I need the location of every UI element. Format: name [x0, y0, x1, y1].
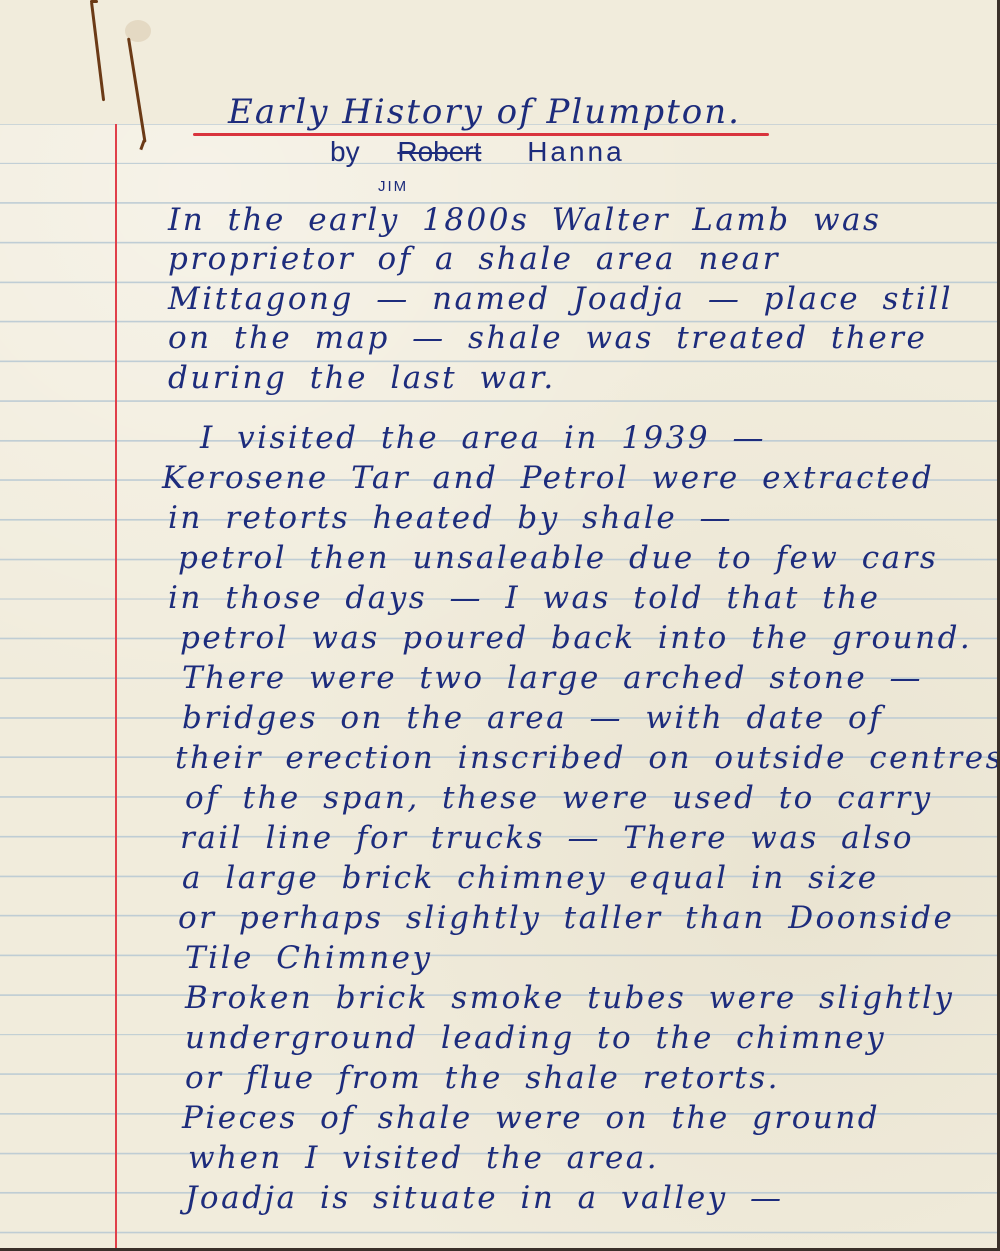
text-line: There were two large arched stone — — [182, 660, 923, 696]
text-line: Joadja is situate in a valley — — [185, 1180, 784, 1216]
author-surname: Hanna — [527, 136, 625, 167]
byline: by Robert Hanna — [330, 136, 625, 168]
name-correction: JIM — [378, 178, 408, 195]
struck-first-name: Robert — [397, 136, 481, 167]
text-line: in retorts heated by shale — — [168, 500, 733, 536]
text-line: of the span, these were used to carry — [185, 780, 933, 816]
text-line: on the map — shale was treated there — [168, 320, 927, 356]
text-line: Tile Chimney — [185, 940, 433, 976]
text-line: petrol was poured back into the ground. — [180, 620, 972, 656]
document-title: Early History of Plumpton. — [228, 92, 741, 132]
text-line: Mittagong — named Joadja — place still — [168, 281, 953, 317]
text-line: Kerosene Tar and Petrol were extracted — [162, 460, 934, 496]
text-line: I visited the area in 1939 — — [200, 420, 766, 456]
text-line: in those days — I was told that the — [168, 580, 880, 616]
text-line: Broken brick smoke tubes were slightly — [185, 980, 954, 1016]
text-line: Pieces of shale were on the ground — [182, 1100, 880, 1136]
text-line: proprietor of a shale area near — [168, 241, 780, 277]
text-line: or perhaps slightly taller than Doonside — [178, 900, 954, 936]
text-line: during the last war. — [168, 360, 556, 396]
text-line: In the early 1800s Walter Lamb was — [168, 202, 881, 238]
red-margin-line — [115, 124, 117, 1248]
text-line: or flue from the shale retorts. — [185, 1060, 780, 1096]
text-line: their erection inscribed on outside cent… — [175, 740, 997, 776]
byline-by: by — [330, 136, 360, 167]
text-line: rail line for trucks — There was also — [180, 820, 914, 856]
text-line: when I visited the area. — [188, 1140, 659, 1176]
handwritten-page: Early History of Plumpton. by Robert Han… — [0, 0, 997, 1248]
text-line: bridges on the area — with date of — [182, 700, 883, 736]
text-line: underground leading to the chimney — [185, 1020, 886, 1056]
text-line: petrol then unsaleable due to few cars — [178, 540, 938, 576]
text-line: a large brick chimney equal in size — [182, 860, 879, 896]
